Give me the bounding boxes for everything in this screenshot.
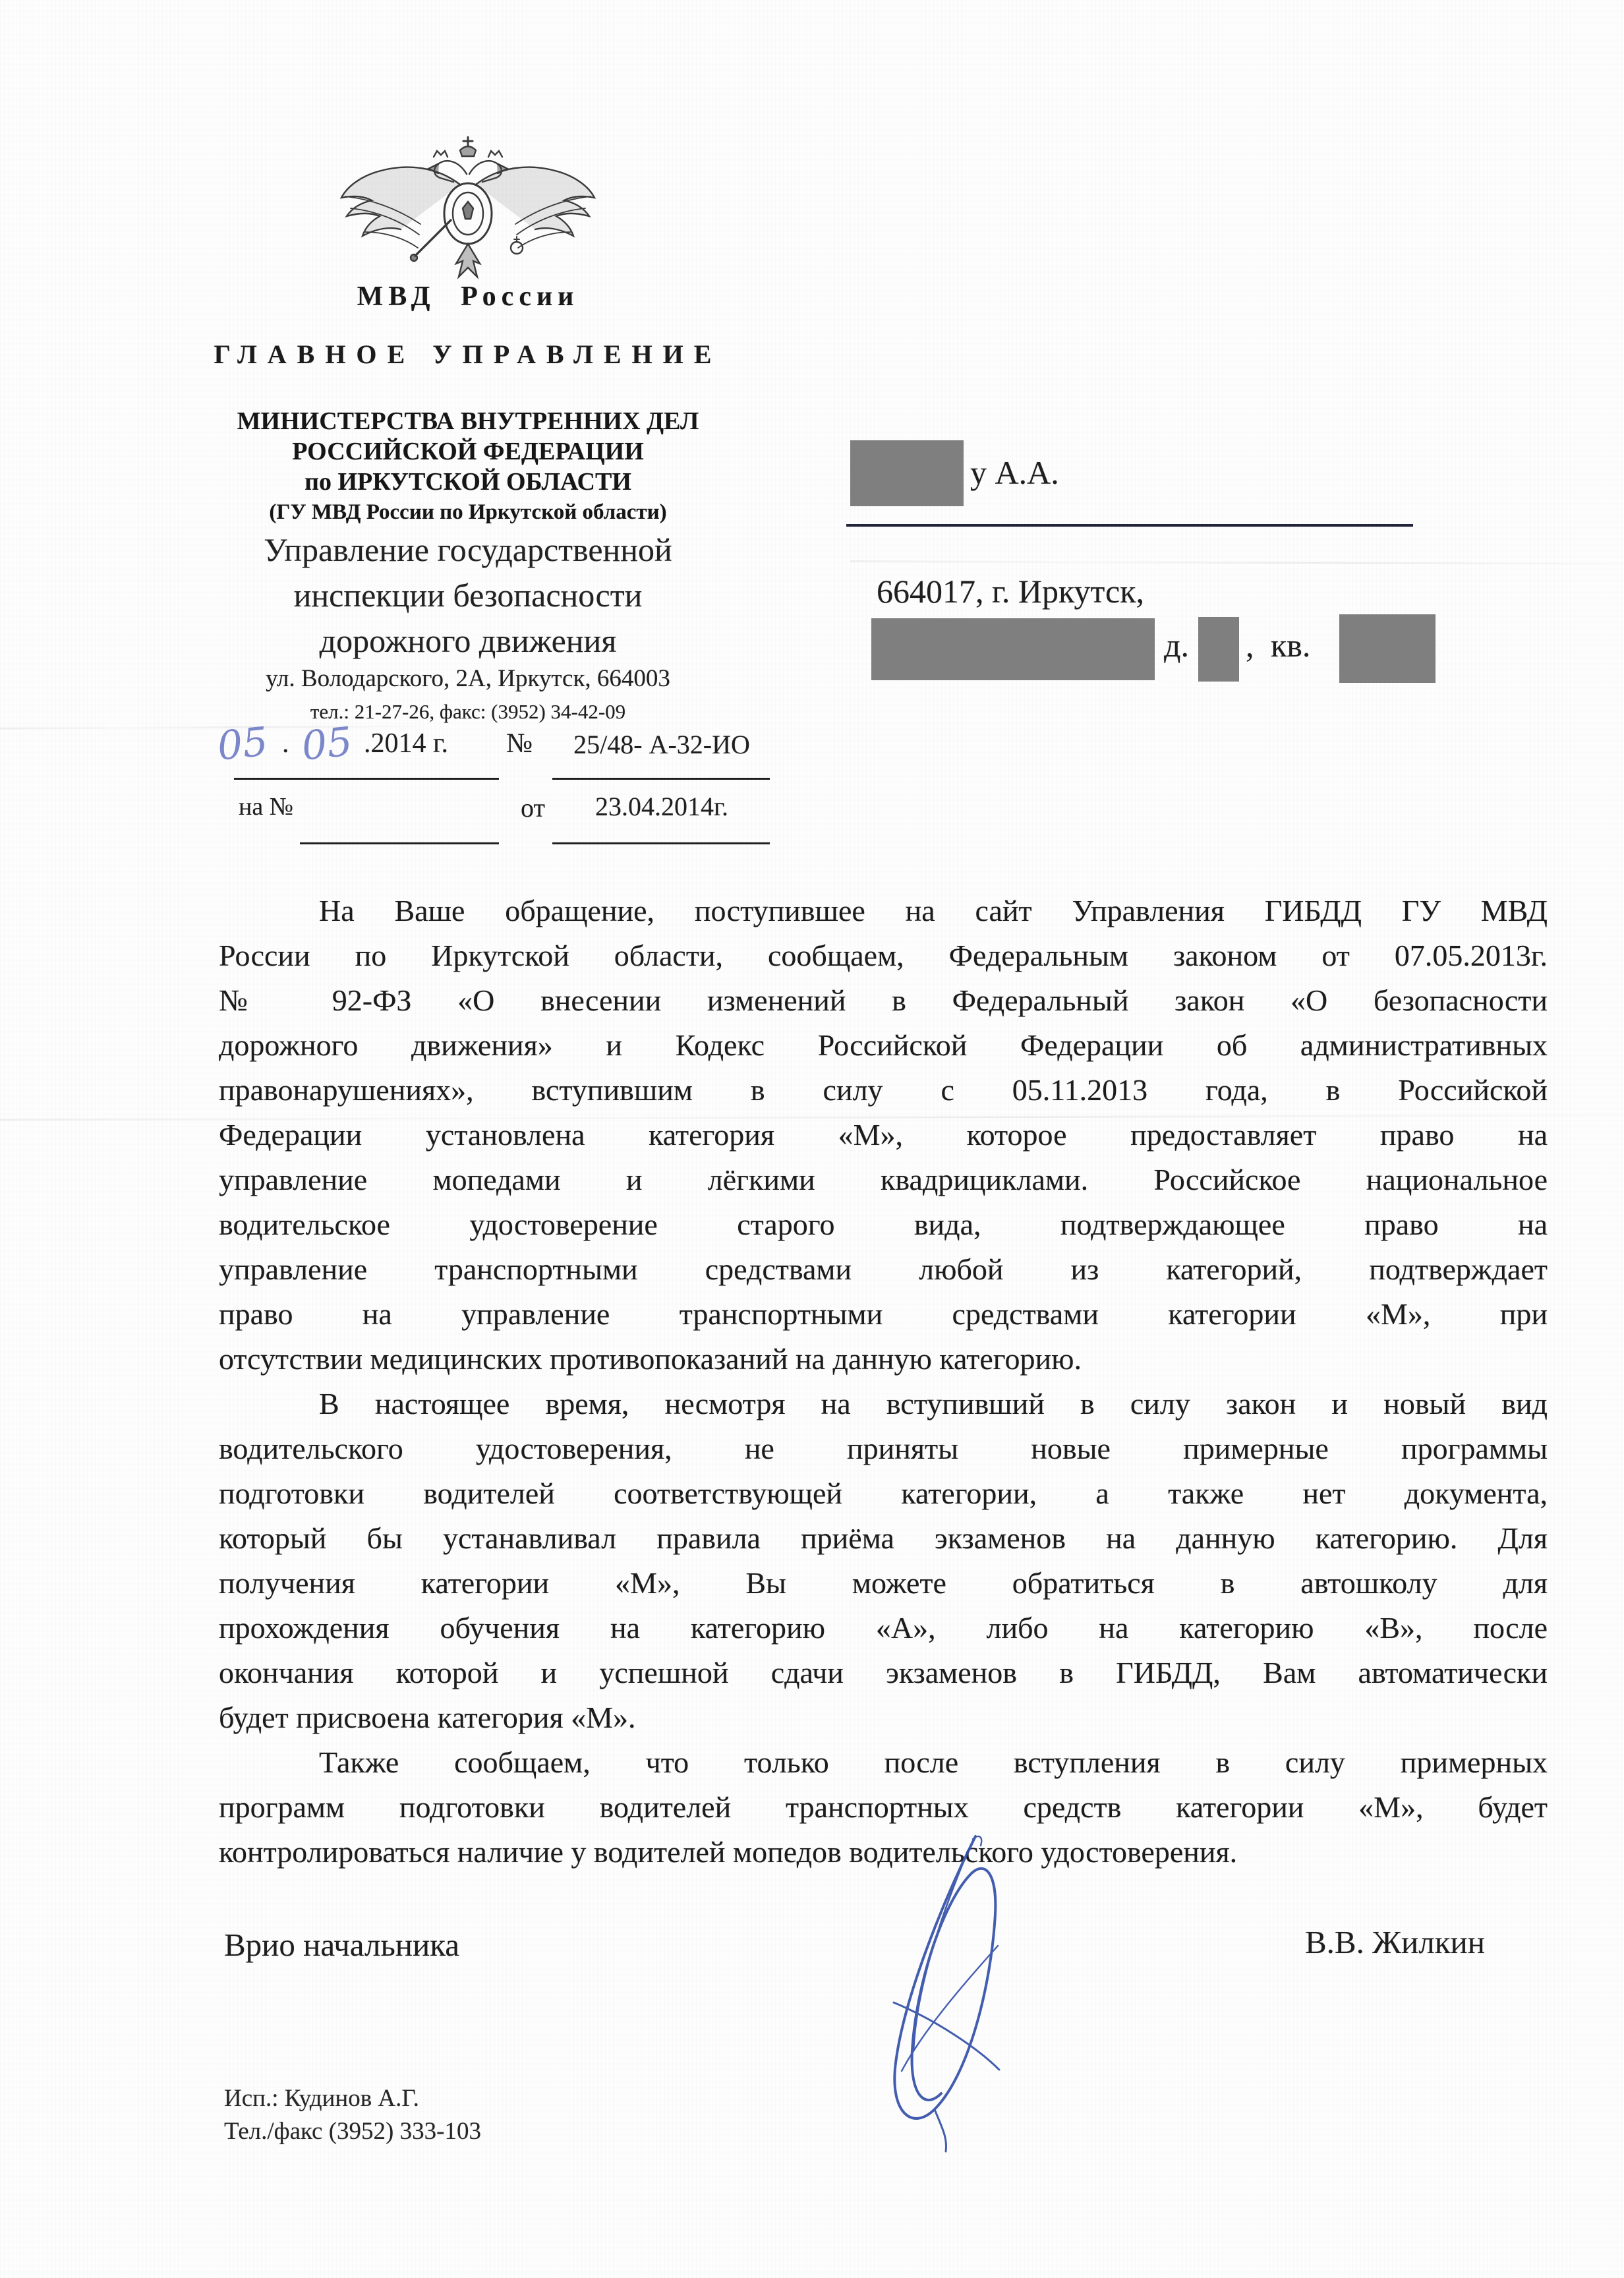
number-label: № (506, 728, 533, 759)
handwritten-date-month: 05 (300, 718, 355, 770)
letter-body: На Ваше обращение, поступившее на сайт У… (219, 889, 1548, 1875)
ministry-line: МИНИСТЕРСТВА ВНУТРЕННИХ ДЕЛ (204, 406, 732, 436)
body-line: управление мопедами и лёгкими квадрицикл… (219, 1157, 1548, 1202)
handwritten-date-day: 05 (216, 718, 270, 770)
body-line: окончания которой и успешной сдачи экзам… (219, 1650, 1548, 1695)
body-line: № 92-ФЗ «О внесении изменений в Федераль… (219, 978, 1548, 1023)
division-line: Управление государственной (204, 527, 732, 573)
address-comma: , (1246, 626, 1254, 664)
recipient-city: 664017, г. Иркутск, (877, 572, 1144, 610)
house-label: д. (1164, 626, 1189, 664)
recipient-underline (846, 524, 1413, 527)
body-line: водительское удостоверение старого вида,… (219, 1202, 1548, 1247)
paper-crease (850, 560, 1624, 565)
body-line: России по Иркутской области, сообщаем, Ф… (219, 933, 1548, 978)
handwritten-signature (836, 1832, 1053, 2162)
outgoing-number: 25/48- А-32-ИО (552, 729, 771, 760)
body-line: будет присвоена категория «М». (219, 1695, 1548, 1740)
main-department-title: ГЛАВНОЕ УПРАВЛЕНИЕ (204, 339, 732, 370)
incoming-number-underline (300, 842, 499, 844)
body-line: прохождения обучения на категорию «А», л… (219, 1606, 1548, 1650)
street-address: ул. Володарского, 2А, Иркутск, 664003 (204, 664, 732, 693)
redaction-box-apartment (1339, 614, 1435, 683)
body-line: В настоящее время, несмотря на вступивши… (219, 1382, 1548, 1426)
body-line: который бы устанавливал правила приёма э… (219, 1516, 1548, 1561)
body-line: дорожного движения» и Кодекс Российской … (219, 1023, 1548, 1068)
from-label: от (521, 792, 545, 823)
division-line: инспекции безопасности (204, 573, 732, 618)
signer-name: В.В. Жилкин (1305, 1923, 1485, 1961)
body-line: Федерации установлена категория «М», кот… (219, 1113, 1548, 1157)
body-line: управление транспортными средствами любо… (219, 1247, 1548, 1292)
recipient-name-part: у А.А. (970, 453, 1059, 492)
date-year-printed: .2014 г. (364, 728, 448, 759)
body-line: получения категории «М», Вы можете обрат… (219, 1561, 1548, 1606)
ministry-line: РОССИЙСКОЙ ФЕДЕРАЦИИ (204, 436, 732, 467)
division-block: Управление государственной инспекции без… (204, 527, 732, 664)
ministry-block: МИНИСТЕРСТВА ВНУТРЕННИХ ДЕЛ РОССИЙСКОЙ Ф… (204, 406, 732, 527)
incoming-date: 23.04.2014г. (552, 791, 771, 822)
redaction-box-street (871, 618, 1155, 680)
letterhead-phone: тел.: 21-27-26, факс: (3952) 34-42-09 (204, 700, 732, 724)
mvd-eagle-emblem-icon (337, 136, 598, 279)
body-line: правонарушениях», вступившим в силу с 05… (219, 1068, 1548, 1113)
paper-crease (0, 725, 422, 729)
division-line: дорожного движения (204, 618, 732, 664)
redaction-box-house (1198, 617, 1239, 682)
body-line: право на управление транспортными средст… (219, 1292, 1548, 1337)
body-line: отсутствии медицинских противопоказаний … (219, 1337, 1548, 1382)
ministry-line: по ИРКУТСКОЙ ОБЛАСТИ (204, 467, 732, 497)
scanned-letter-page: МВД России ГЛАВНОЕ УПРАВЛЕНИЕ МИНИСТЕРСТ… (0, 0, 1624, 2278)
signer-position-title: Врио начальника (224, 1926, 459, 1964)
body-line: подготовки водителей соответствующей кат… (219, 1471, 1548, 1516)
executor-name: Исп.: Кудинов А.Г. (224, 2084, 419, 2113)
incoming-number-label: на № (239, 792, 293, 821)
date-underline (234, 778, 499, 780)
date-separator: . (282, 728, 289, 759)
incoming-date-underline (552, 842, 770, 844)
body-line: водительского удостоверения, не приняты … (219, 1426, 1548, 1471)
ministry-line: (ГУ МВД России по Иркутской области) (204, 497, 732, 527)
body-line: На Ваше обращение, поступившее на сайт У… (219, 889, 1548, 933)
body-line: программ подготовки водителей транспортн… (219, 1785, 1548, 1830)
number-underline (552, 778, 770, 780)
apartment-label: кв. (1271, 626, 1310, 664)
body-line: Также сообщаем, что только после вступле… (219, 1740, 1548, 1785)
org-title: МВД России (204, 281, 732, 312)
executor-phone: Тел./факс (3952) 333-103 (224, 2117, 481, 2146)
redaction-box-surname (850, 440, 964, 506)
